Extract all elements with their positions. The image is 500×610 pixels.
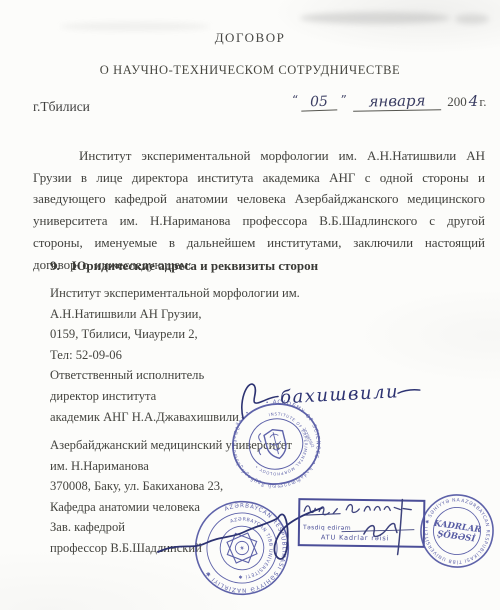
approval-rect-stamp: Təsdiq edirəm ATU Kadrlar rəisi xyxy=(296,495,429,559)
date-close-quote: ” xyxy=(341,93,347,107)
address-line: 0159, Тбилиси, Чиаурели 2, xyxy=(50,324,300,345)
date-year-printed: 200 xyxy=(447,94,467,109)
section-number: 9. xyxy=(50,258,60,273)
section-title: Юридические адреса и реквизиты сторон xyxy=(72,258,318,273)
contract-document-page: ДОГОВОР О НАУЧНО-ТЕХНИЧЕСКОМ СОТРУДНИЧЕС… xyxy=(0,0,500,610)
signer-title: ATU Kadrlar rəisi xyxy=(321,533,389,542)
address-line: Тел: 52-09-06 xyxy=(50,345,300,366)
kadrlar-round-stamp: AZƏRBAYCAN RESPUBLİKASI TİBB UNİVERSİTET… xyxy=(412,486,500,576)
shield-emblem-icon xyxy=(255,427,289,462)
scan-smudge xyxy=(300,12,450,24)
date-month-handwritten: января xyxy=(353,91,441,112)
address-line: А.Н.Натишвили АН Грузии, xyxy=(50,304,300,325)
date-year-handwritten: 4 xyxy=(469,92,479,110)
date-day-handwritten: 05 xyxy=(301,93,338,111)
approve-label: Təsdiq edirəm xyxy=(302,524,351,532)
director-signature: бахишвили xyxy=(227,363,426,427)
preamble-paragraph: Институт экспериментальной морфологии им… xyxy=(33,145,485,275)
date-year-suffix: г. xyxy=(479,94,486,109)
date-line: “ 05 ” января 2004г. xyxy=(292,92,488,111)
address-line: Институт экспериментальной морфологии им… xyxy=(50,283,300,304)
section-heading: 9.Юридические адреса и реквизиты сторон xyxy=(50,258,318,274)
scan-smudge xyxy=(455,14,489,24)
document-subtitle: О НАУЧНО-ТЕХНИЧЕСКОМ СОТРУДНИЧЕСТВЕ xyxy=(0,63,500,78)
document-title: ДОГОВОР xyxy=(0,30,500,46)
signature-name-text: бахишвили xyxy=(280,381,400,408)
date-open-quote: “ xyxy=(292,93,298,107)
place-label: г.Тбилиси xyxy=(33,99,90,115)
